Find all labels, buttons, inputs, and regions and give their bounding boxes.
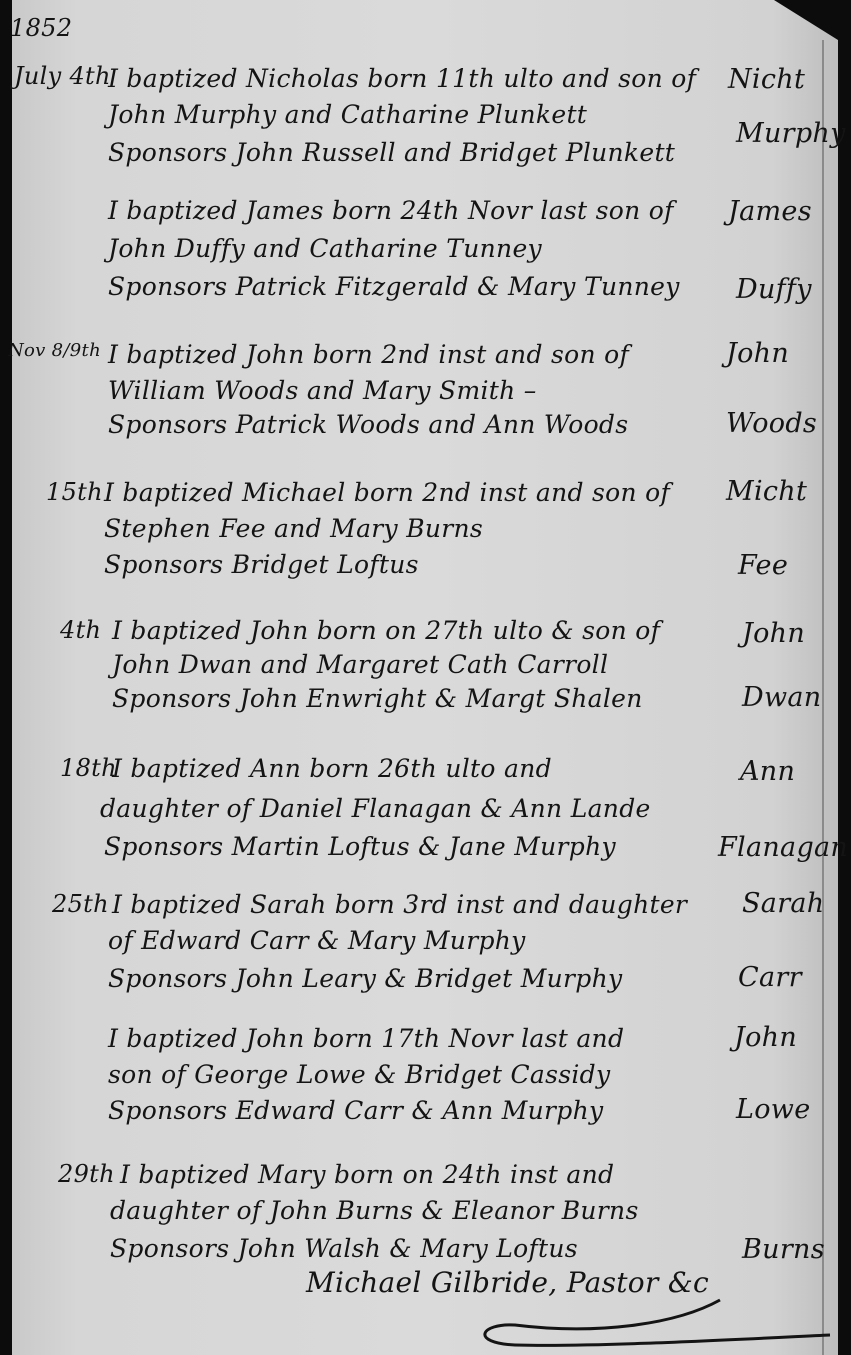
entry-line: I baptized John born 2nd inst and son of: [108, 340, 629, 369]
margin-surname: Duffy: [736, 274, 812, 305]
entry-line: Sponsors John Russell and Bridget Plunke…: [108, 138, 675, 167]
entry-line: John Dwan and Margaret Cath Carroll: [112, 650, 608, 679]
entry-line: I baptized James born 24th Novr last son…: [108, 196, 674, 225]
entry-line: I baptized Sarah born 3rd inst and daugh…: [112, 890, 687, 919]
entry-line: Sponsors Bridget Loftus: [104, 550, 419, 579]
entry-line: Sponsors Patrick Woods and Ann Woods: [108, 410, 628, 439]
entry-line: Sponsors John Leary & Bridget Murphy: [108, 964, 622, 993]
entry-date: 4th: [60, 616, 101, 644]
margin-surname: Flanagan: [718, 832, 848, 863]
entry-line: Stephen Fee and Mary Burns: [104, 514, 483, 543]
entry-date: Nov 8/9th: [8, 340, 101, 361]
margin-given-name: John: [734, 1022, 797, 1053]
margin-surname: Murphy: [736, 118, 846, 149]
margin-surname: Burns: [742, 1234, 825, 1265]
margin-given-name: James: [728, 196, 812, 227]
margin-given-name: Micht: [726, 476, 807, 507]
page-binding-edge: [822, 40, 824, 1355]
entry-date: 15th: [46, 478, 103, 506]
entry-line: I baptized Mary born on 24th inst and: [120, 1160, 614, 1189]
entry-date: 18th: [60, 754, 117, 782]
margin-given-name: Ann: [740, 756, 795, 787]
entry-line: Sponsors Martin Loftus & Jane Murphy: [104, 832, 616, 861]
margin-surname: Woods: [726, 408, 817, 439]
margin-surname: Lowe: [736, 1094, 810, 1125]
signature-flourish-icon: [475, 1295, 835, 1350]
margin-given-name: John: [726, 338, 789, 369]
entry-line: daughter of Daniel Flanagan & Ann Lande: [100, 794, 651, 823]
entry-line: I baptized John born 17th Novr last and: [108, 1024, 624, 1053]
margin-surname: Carr: [738, 962, 802, 993]
entry-date: 25th: [52, 890, 109, 918]
entry-line: of Edward Carr & Mary Murphy: [108, 926, 526, 955]
entry-line: I baptized John born on 27th ulto & son …: [112, 616, 660, 645]
entry-line: William Woods and Mary Smith –: [108, 376, 537, 405]
entry-line: Sponsors John Enwright & Margt Shalen: [112, 684, 643, 713]
entry-line: John Murphy and Catharine Plunkett: [108, 100, 587, 129]
register-year: 1852: [10, 14, 72, 42]
page-corner-shadow: [758, 0, 838, 40]
margin-surname: Dwan: [742, 682, 821, 713]
margin-given-name: Nicht: [728, 64, 805, 95]
entry-date: July 4th: [14, 62, 111, 90]
entry-line: daughter of John Burns & Eleanor Burns: [110, 1196, 639, 1225]
entry-line: Sponsors Edward Carr & Ann Murphy: [108, 1096, 603, 1125]
entry-line: I baptized Ann born 26th ulto and: [112, 754, 552, 783]
entry-line: Sponsors John Walsh & Mary Loftus: [110, 1234, 578, 1263]
margin-surname: Fee: [738, 550, 788, 581]
entry-line: John Duffy and Catharine Tunney: [108, 234, 542, 263]
entry-line: son of George Lowe & Bridget Cassidy: [108, 1060, 610, 1089]
margin-given-name: Sarah: [742, 888, 825, 919]
entry-date: 29th: [58, 1160, 115, 1188]
margin-given-name: John: [742, 618, 805, 649]
entry-line: I baptized Nicholas born 11th ulto and s…: [108, 64, 696, 93]
entry-line: Sponsors Patrick Fitzgerald & Mary Tunne…: [108, 272, 680, 301]
entry-line: I baptized Michael born 2nd inst and son…: [104, 478, 670, 507]
